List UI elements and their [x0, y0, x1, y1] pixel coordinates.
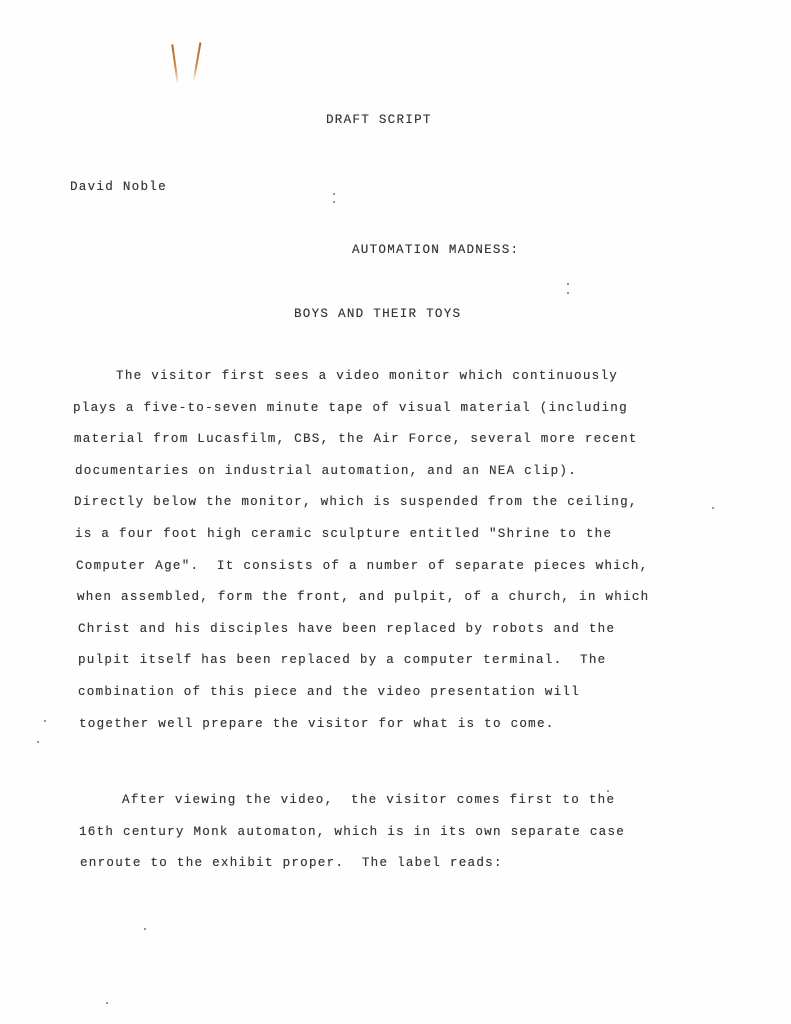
paragraph-line: Computer Age". It consists of a number o…: [76, 560, 649, 573]
scan-speck: [333, 193, 335, 195]
paragraph-line: plays a five-to-seven minute tape of vis…: [73, 402, 628, 415]
paragraph-line: combination of this piece and the video …: [78, 686, 580, 699]
scan-speck: [333, 201, 335, 203]
paragraph-line: Christ and his disciples have been repla…: [78, 623, 615, 636]
scan-speck: [144, 928, 146, 930]
paragraph-line: together well prepare the visitor for wh…: [79, 718, 555, 731]
title-line-2: BOYS AND THEIR TOYS: [294, 308, 461, 321]
paragraph-line: Directly below the monitor, which is sus…: [74, 496, 638, 509]
author-name: David Noble: [70, 181, 167, 194]
paragraph-line: After viewing the video, the visitor com…: [78, 794, 615, 807]
paragraph-line: enroute to the exhibit proper. The label…: [80, 857, 503, 870]
staple-mark-left: [171, 44, 179, 84]
scan-speck: [44, 720, 46, 722]
paragraph-line: when assembled, form the front, and pulp…: [77, 591, 650, 604]
scan-speck: [567, 283, 569, 285]
scan-speck: [37, 741, 39, 743]
paragraph-line: The visitor first sees a video monitor w…: [72, 370, 618, 383]
scan-speck: [106, 1002, 108, 1004]
paragraph-line: is a four foot high ceramic sculpture en…: [75, 528, 612, 541]
paragraph-line: documentaries on industrial automation, …: [75, 465, 577, 478]
paragraph-line: 16th century Monk automaton, which is in…: [79, 826, 625, 839]
scan-speck: [607, 790, 609, 792]
paragraph-line: pulpit itself has been replaced by a com…: [78, 654, 606, 667]
scan-speck: [567, 292, 569, 294]
document-heading: DRAFT SCRIPT: [326, 114, 432, 127]
document-page: DRAFT SCRIPT David Noble AUTOMATION MADN…: [0, 0, 791, 1024]
scan-speck: [712, 507, 714, 509]
title-line-1: AUTOMATION MADNESS:: [352, 244, 519, 257]
staple-mark-right: [193, 42, 202, 82]
paragraph-line: material from Lucasfilm, CBS, the Air Fo…: [74, 433, 638, 446]
